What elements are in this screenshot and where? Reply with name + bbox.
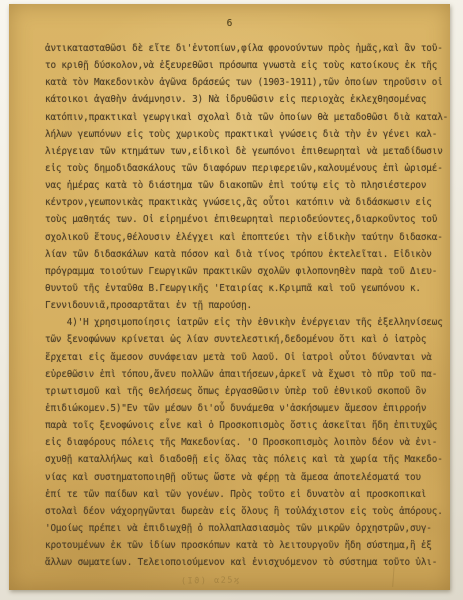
text-line: εἰς διαφόρους πόλεις τῆς Μακεδονίας. 'Ο … [45, 434, 448, 451]
text-line: 'Ομοίως πρέπει νὰ ἐπιδιωχθῇ ὁ πολλαπλασι… [45, 520, 448, 537]
text-line: ἀντικατασταθῶσι δὲ εἴτε δι'ἐντοπίων,φίλα… [45, 40, 448, 57]
text-line: παρὰ τοῖς ξενοφώνοις εἶνε καὶ ὁ Προσκοπι… [45, 417, 448, 434]
text-line: τῶν ξενοφώνων κρίνεται ὡς λίαν συντελεστ… [45, 331, 448, 348]
text-line: ἐπιδιώκομεν.5)"Εν τῶν μέσων δι'οὗ δυνάμε… [45, 400, 448, 417]
text-line: κέντρον,γεωπονικὰς πρακτικὰς γνώσεις,ἃς … [45, 194, 448, 211]
text-line: θυντοῦ τῆς ἐνταῦθα Β.Γεωργικῆς 'Εταιρίας… [45, 280, 448, 297]
text-line: ἐπί τε τῶν παίδων καὶ τῶν γονέων. Πρὸς τ… [45, 486, 448, 503]
text-line: λιέργειαν τῶν κτημάτων των,εἰδικοὶ δὲ γε… [45, 143, 448, 160]
text-line: νας ἡμέρας κατὰ τὸ διάστημα τῶν διακοπῶν… [45, 177, 448, 194]
pencil-stroke-mark [392, 563, 395, 587]
typewritten-text-block: ἀντικατασταθῶσι δὲ εἴτε δι'ἐντοπίων,φίλα… [45, 40, 448, 571]
text-line: σχυθῇ καταλλήλως καὶ διαδοθῇ εἰς ὅλας τὰ… [45, 451, 448, 468]
text-line: στολαὶ δέον νάχορηγῶνται δωρεὰν εἰς ὅλου… [45, 503, 448, 520]
text-line: το κριθῇ δύσκολον,νὰ ἐξευρεθῶσι πρόσωπα … [45, 57, 448, 74]
text-line: κάτοικοι ἀγαθὴν ἀνάμνησιν. 3) Νὰ ἱδρυθῶσ… [45, 91, 448, 108]
page-number: 6 [9, 18, 450, 29]
text-line: λήλων γεωπόνων εἰς τοὺς χωρικοὺς πρακτικ… [45, 126, 448, 143]
text-line: ἄλλων σωματείων. Τελειοποιούμενον καὶ ἐν… [45, 554, 448, 571]
archival-pencil-mark: (Ιϑ) α25ϗ [181, 575, 241, 586]
text-line: πρόγραμμα τοιούτων Γεωργικῶν πρακτικῶν σ… [45, 263, 448, 280]
text-line: εὑρεθῶσιν ἐπὶ τόπου,ἄνευ πολλῶν ἀπαιτήσε… [45, 366, 448, 383]
text-line: τοὺς μαθητάς των. Οἱ εἰρημένοι ἐπιθεωρητ… [45, 211, 448, 228]
text-line: νίας καὶ συστηματοποιηθῇ οὕτως ὥστε νὰ φ… [45, 469, 448, 486]
text-line: ἔρχεται εἰς ἄμεσον συνάφειαν μετὰ τοῦ λα… [45, 349, 448, 366]
scanned-paper-sheet: 6 ἀντικατασταθῶσι δὲ εἴτε δι'ἐντοπίων,φί… [9, 4, 450, 590]
text-line: σχολικοῦ ἔτους,θέλουσιν ἐλέγχει καὶ ἐποπ… [45, 229, 448, 246]
text-line: κατὰ τὸν Μακεδονικὸν ἀγῶνα δράσεώς των (… [45, 74, 448, 91]
text-line: 4)'Η χρησιμοποίησις ἰατρῶν εἰς τὴν ἐθνικ… [45, 314, 448, 331]
text-line: τριωτισμοῦ καὶ τῆς θελήσεως ὅπως ἐργασθῶ… [45, 383, 448, 400]
text-line: κατόπιν,πρακτικαὶ γεωργικαὶ σχολαὶ διὰ τ… [45, 109, 448, 126]
text-line: Γεννιδουνιᾶ,προσαρτᾶται ἐν τῇ παρούσῃ. [45, 297, 448, 314]
text-line: εἰς τοὺς δημοδιδασκάλους τῶν διαφόρων πε… [45, 160, 448, 177]
text-line: λίαν τῶν διδασκάλων κατὰ πόσον καὶ διὰ τ… [45, 246, 448, 263]
text-line: κροτουμένων ἐκ τῶν ἰδίων προσκόπων κατὰ … [45, 537, 448, 554]
